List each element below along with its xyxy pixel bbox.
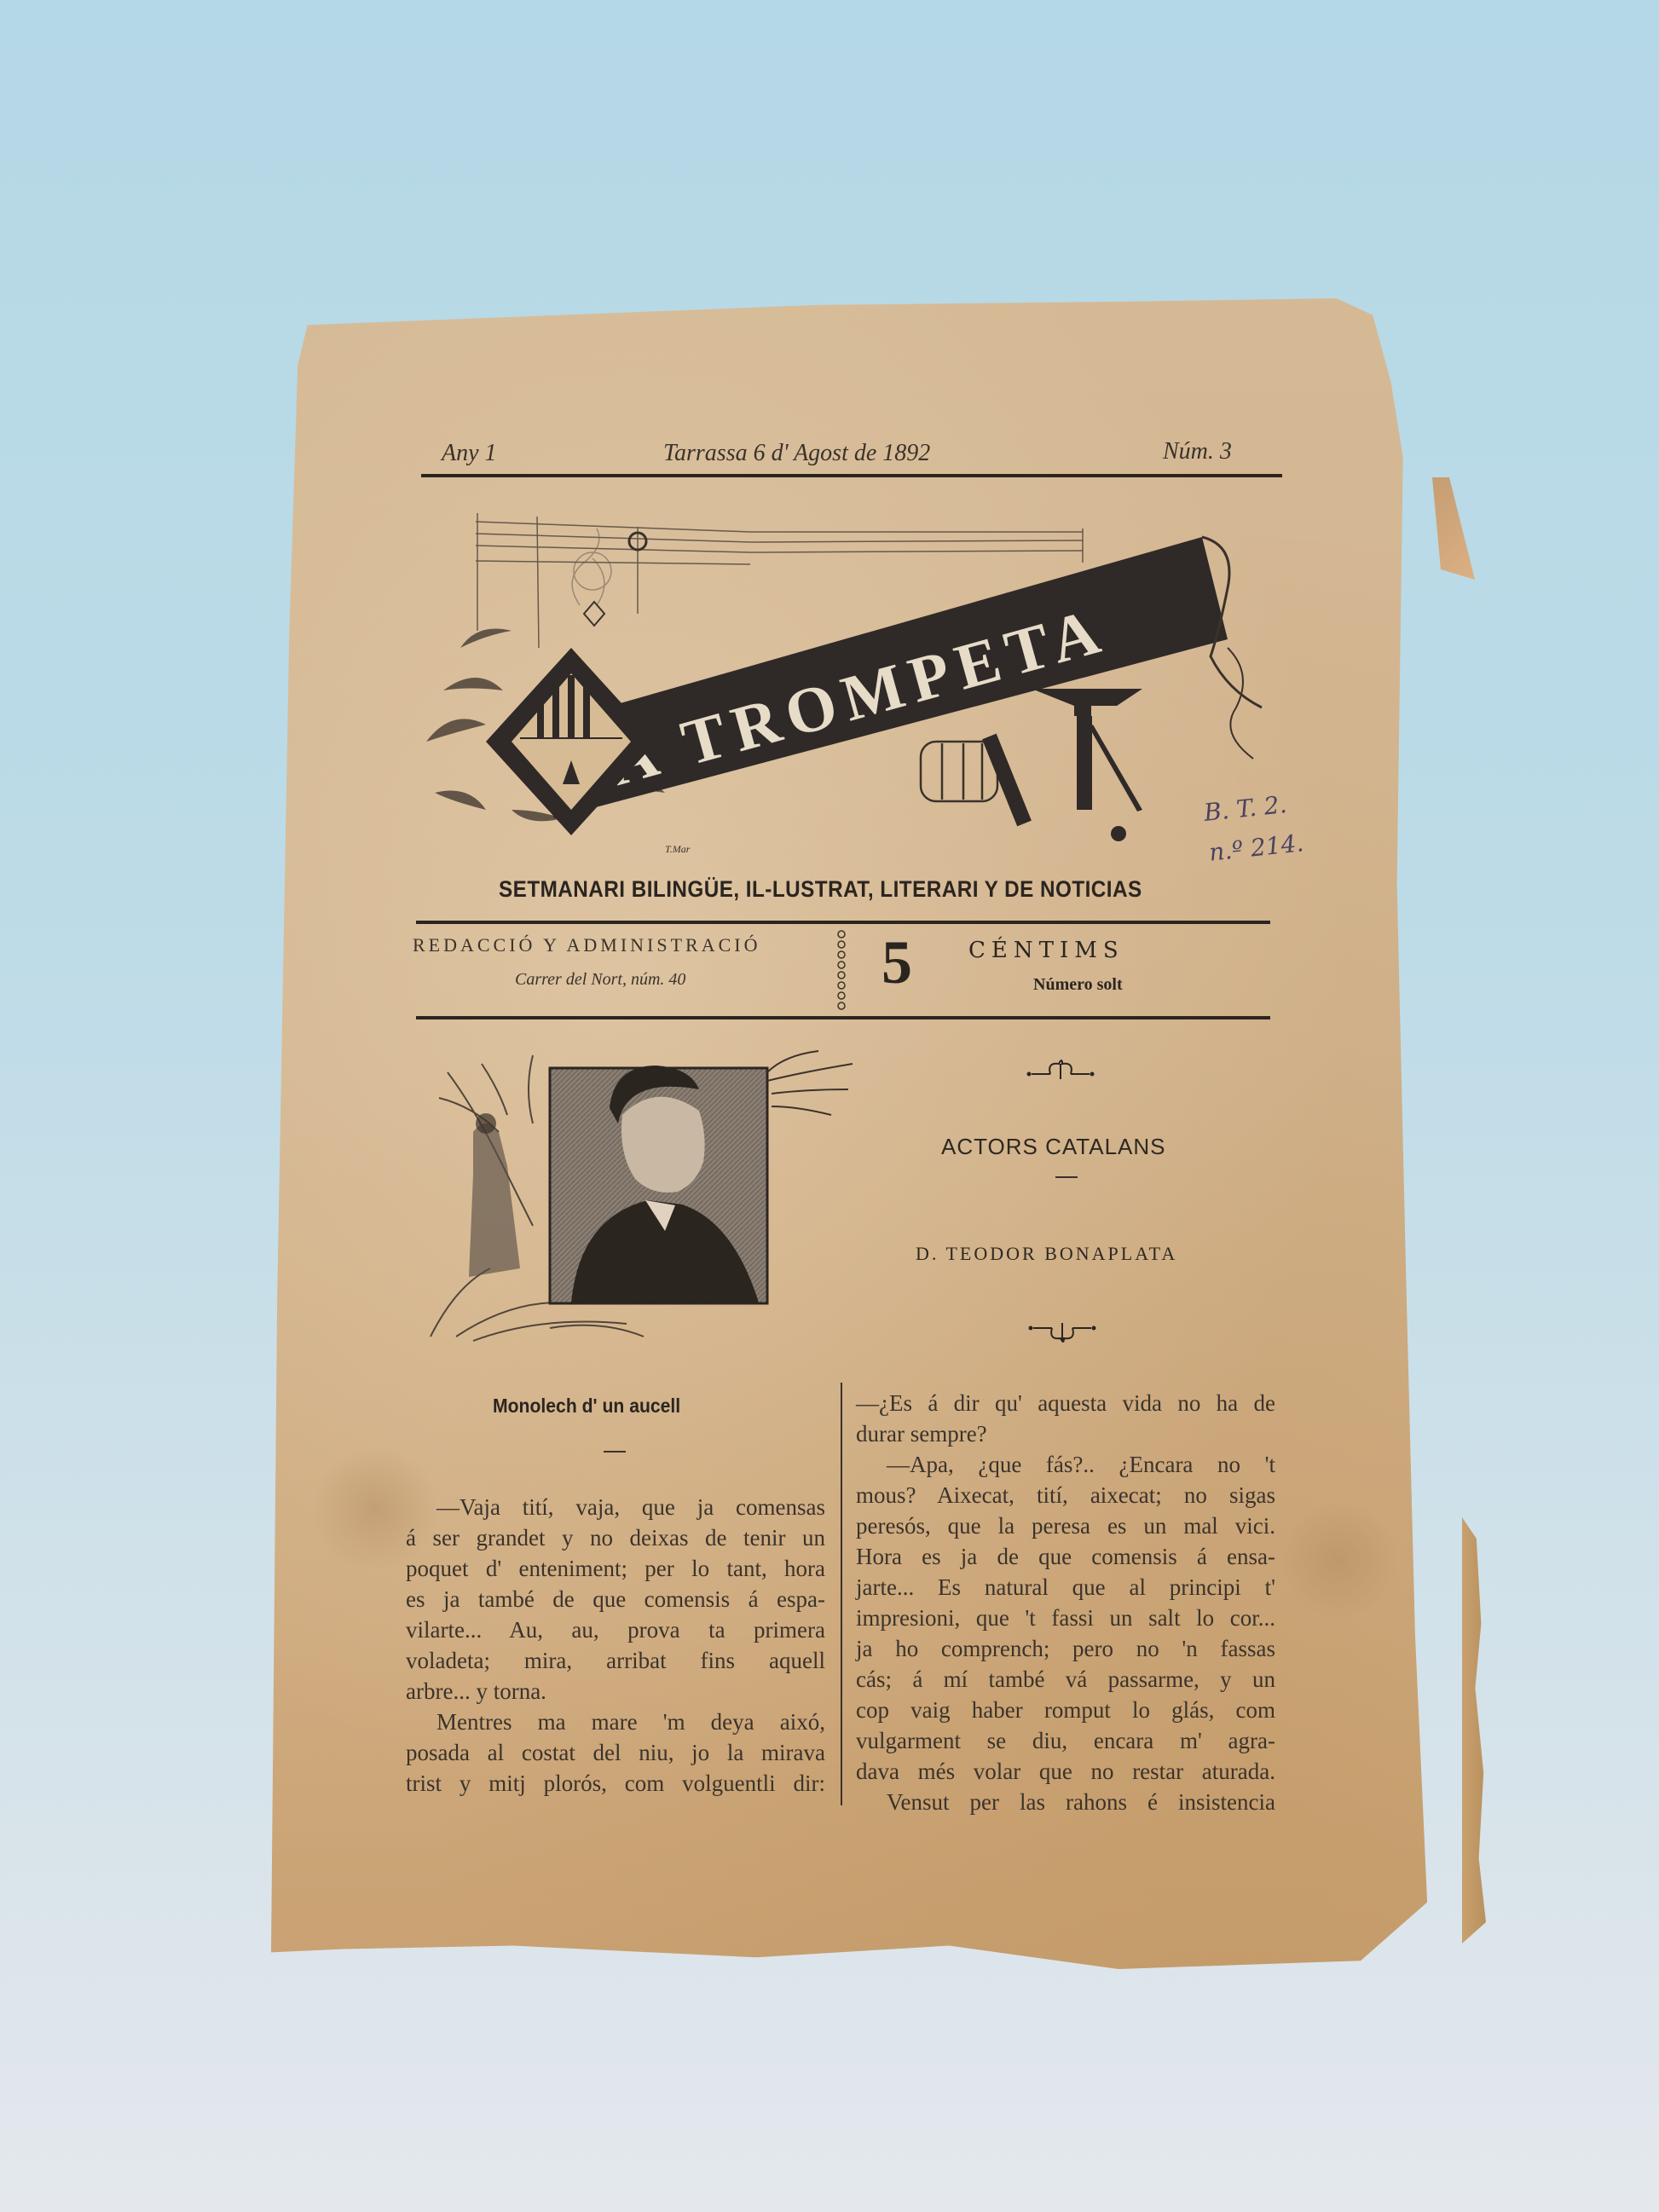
text-line: jarte... Es natural que al principi t' bbox=[856, 1572, 1275, 1603]
shield-with-four-bars-icon bbox=[486, 648, 656, 835]
actor-name: D. TEODOR BONAPLATA bbox=[916, 1243, 1177, 1265]
ornament-bottom-icon bbox=[1028, 1320, 1096, 1345]
folded-corner bbox=[1432, 477, 1475, 580]
heading-dash bbox=[1055, 1176, 1078, 1178]
subtitle: SETMANARI BILINGÜE, IL-LUSTRAT, LITERARI… bbox=[499, 876, 1142, 903]
article-right-column: —¿Es á dir qu' aquesta vida no ha de dur… bbox=[856, 1388, 1275, 1817]
text-line: voladeta; mira, arribat fins aquell bbox=[406, 1645, 825, 1676]
svg-text:T.Mar: T.Mar bbox=[665, 843, 691, 855]
column-divider bbox=[841, 1383, 842, 1805]
text-line: durar sempre? bbox=[856, 1418, 1275, 1449]
header-rule bbox=[421, 474, 1282, 477]
text-line: arbre... y torna. bbox=[406, 1676, 825, 1707]
text-line: —Vaja tití, vaja, que ja comensas bbox=[406, 1492, 825, 1522]
text-line: poquet d' enteniment; per lo tant, hora bbox=[406, 1553, 825, 1584]
portrait-engraving-teodor-bonaplata bbox=[422, 1047, 857, 1345]
text-line: Hora es ja de que comensis á ensa- bbox=[856, 1541, 1275, 1572]
ornamental-divider bbox=[835, 929, 847, 1013]
text-line: cás; á mí també vá passarme, y un bbox=[856, 1664, 1275, 1695]
price-number: 5 bbox=[882, 927, 912, 998]
text-line: ja ho comprench; pero no 'n fassas bbox=[856, 1633, 1275, 1664]
masthead-illustration: LA TROMPETA T.Mar bbox=[409, 503, 1296, 861]
price-note: Número solt bbox=[1033, 975, 1123, 995]
title-dash bbox=[604, 1451, 626, 1453]
text-line: dava més volar que no restar aturada. bbox=[856, 1756, 1275, 1787]
article-title: Monolech d' un aucell bbox=[493, 1395, 680, 1418]
torn-edge bbox=[1462, 1517, 1486, 1943]
portrait-illustration bbox=[422, 1047, 857, 1345]
text-line: trist y mitj plorós, com volguentli dir: bbox=[406, 1768, 825, 1799]
office-label: REDACCIÓ Y ADMINISTRACIÓ bbox=[413, 934, 761, 956]
text-line: posada al costat del niu, jo la mirava bbox=[406, 1737, 825, 1768]
text-line: á ser grandet y no deixas de tenir un bbox=[406, 1522, 825, 1553]
issue-number: Núm. 3 bbox=[1163, 438, 1232, 465]
text-line: vulgarment se diu, encara m' agra- bbox=[856, 1725, 1275, 1756]
text-line: es ja també de que comensis á espa- bbox=[406, 1584, 825, 1614]
dateline: Tarrassa 6 d' Agost de 1892 bbox=[663, 440, 930, 467]
ornament-top-icon bbox=[1026, 1057, 1095, 1083]
masthead: LA TROMPETA T.Mar bbox=[409, 503, 1296, 861]
price-unit: CÉNTIMS bbox=[968, 938, 1124, 963]
text-line: —Apa, ¿que fás?.. ¿Encara no 't bbox=[856, 1449, 1275, 1480]
band-rule bbox=[416, 1016, 1270, 1019]
section-heading: ACTORS CATALANS bbox=[941, 1134, 1166, 1160]
text-line: peresós, que la peresa es un mal vici. bbox=[856, 1510, 1275, 1541]
text-line: cop vaig haber romput lo glás, com bbox=[856, 1695, 1275, 1725]
year-label: Any 1 bbox=[442, 440, 497, 467]
text-line: Mentres ma mare 'm deya aixó, bbox=[406, 1707, 825, 1737]
subtitle-rule bbox=[416, 921, 1270, 924]
text-line: impresioni, que 't fassi un salt lo cor.… bbox=[856, 1603, 1275, 1633]
article-left-column: —Vaja tití, vaja, que ja comensas á ser … bbox=[406, 1492, 825, 1799]
office-address: Carrer del Nort, núm. 40 bbox=[515, 970, 685, 990]
text-line: mous? Aixecat, tití, aixecat; no sigas bbox=[856, 1480, 1275, 1510]
text-line: —¿Es á dir qu' aquesta vida no ha de bbox=[856, 1388, 1275, 1418]
text-line: Vensut per las rahons é insistencia bbox=[856, 1787, 1275, 1817]
text-line: vilarte... Au, au, prova ta primera bbox=[406, 1614, 825, 1645]
